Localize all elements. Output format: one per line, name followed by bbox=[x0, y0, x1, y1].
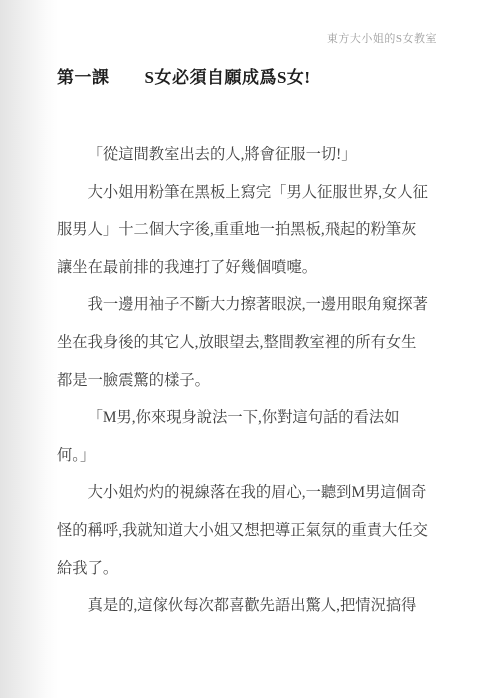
text-line: 「M男,你來現身說法一下,你對這句話的看法如 bbox=[57, 399, 438, 437]
text-line: 大小姐灼灼的視線落在我的眉心,一聽到M男這個奇 bbox=[57, 474, 438, 512]
page-left-edge-gradient bbox=[0, 0, 58, 698]
text-line: 都是一臉震驚的樣子。 bbox=[57, 362, 438, 400]
chapter-title: 第一課 S女必須自願成爲S女! bbox=[57, 63, 311, 88]
book-page: 東方大小姐的S女教室 第一課 S女必須自願成爲S女! 「從這間教室出去的人,將會… bbox=[0, 0, 493, 698]
paragraph: 大小姐灼灼的視線落在我的眉心,一聽到M男這個奇 怪的稱呼,我就知道大小姐又想把導… bbox=[57, 474, 438, 587]
paragraph: 真是的,這傢伙每次都喜歡先語出驚人,把情況搞得 bbox=[57, 587, 438, 625]
text-line: 坐在我身後的其它人,放眼望去,整間教室裡的所有女生 bbox=[57, 324, 438, 362]
text-line: 「從這間教室出去的人,將會征服一切!」 bbox=[57, 136, 438, 174]
text-line: 我一邊用袖子不斷大力擦著眼淚,一邊用眼角窺探著 bbox=[57, 286, 438, 324]
body-text: 「從這間教室出去的人,將會征服一切!」 大小姐用粉筆在黑板上寫完「男人征服世界,… bbox=[57, 136, 438, 625]
paragraph: 「從這間教室出去的人,將會征服一切!」 bbox=[57, 136, 438, 174]
paragraph: 大小姐用粉筆在黑板上寫完「男人征服世界,女人征 服男人」十二個大字後,重重地一拍… bbox=[57, 174, 438, 287]
paragraph: 「M男,你來現身說法一下,你對這句話的看法如 何。」 bbox=[57, 399, 438, 474]
paragraph: 我一邊用袖子不斷大力擦著眼淚,一邊用眼角窺探著 坐在我身後的其它人,放眼望去,整… bbox=[57, 286, 438, 399]
text-line: 何。」 bbox=[57, 437, 438, 475]
text-line: 大小姐用粉筆在黑板上寫完「男人征服世界,女人征 bbox=[57, 174, 438, 212]
text-line: 讓坐在最前排的我連打了好幾個噴嚏。 bbox=[57, 249, 438, 287]
text-line: 真是的,這傢伙每次都喜歡先語出驚人,把情況搞得 bbox=[57, 587, 438, 625]
text-line: 服男人」十二個大字後,重重地一拍黑板,飛起的粉筆灰 bbox=[57, 211, 438, 249]
text-line: 怪的稱呼,我就知道大小姐又想把導正氣氛的重責大任交 bbox=[57, 512, 438, 550]
running-header: 東方大小姐的S女教室 bbox=[327, 30, 437, 46]
text-line: 給我了。 bbox=[57, 550, 438, 588]
